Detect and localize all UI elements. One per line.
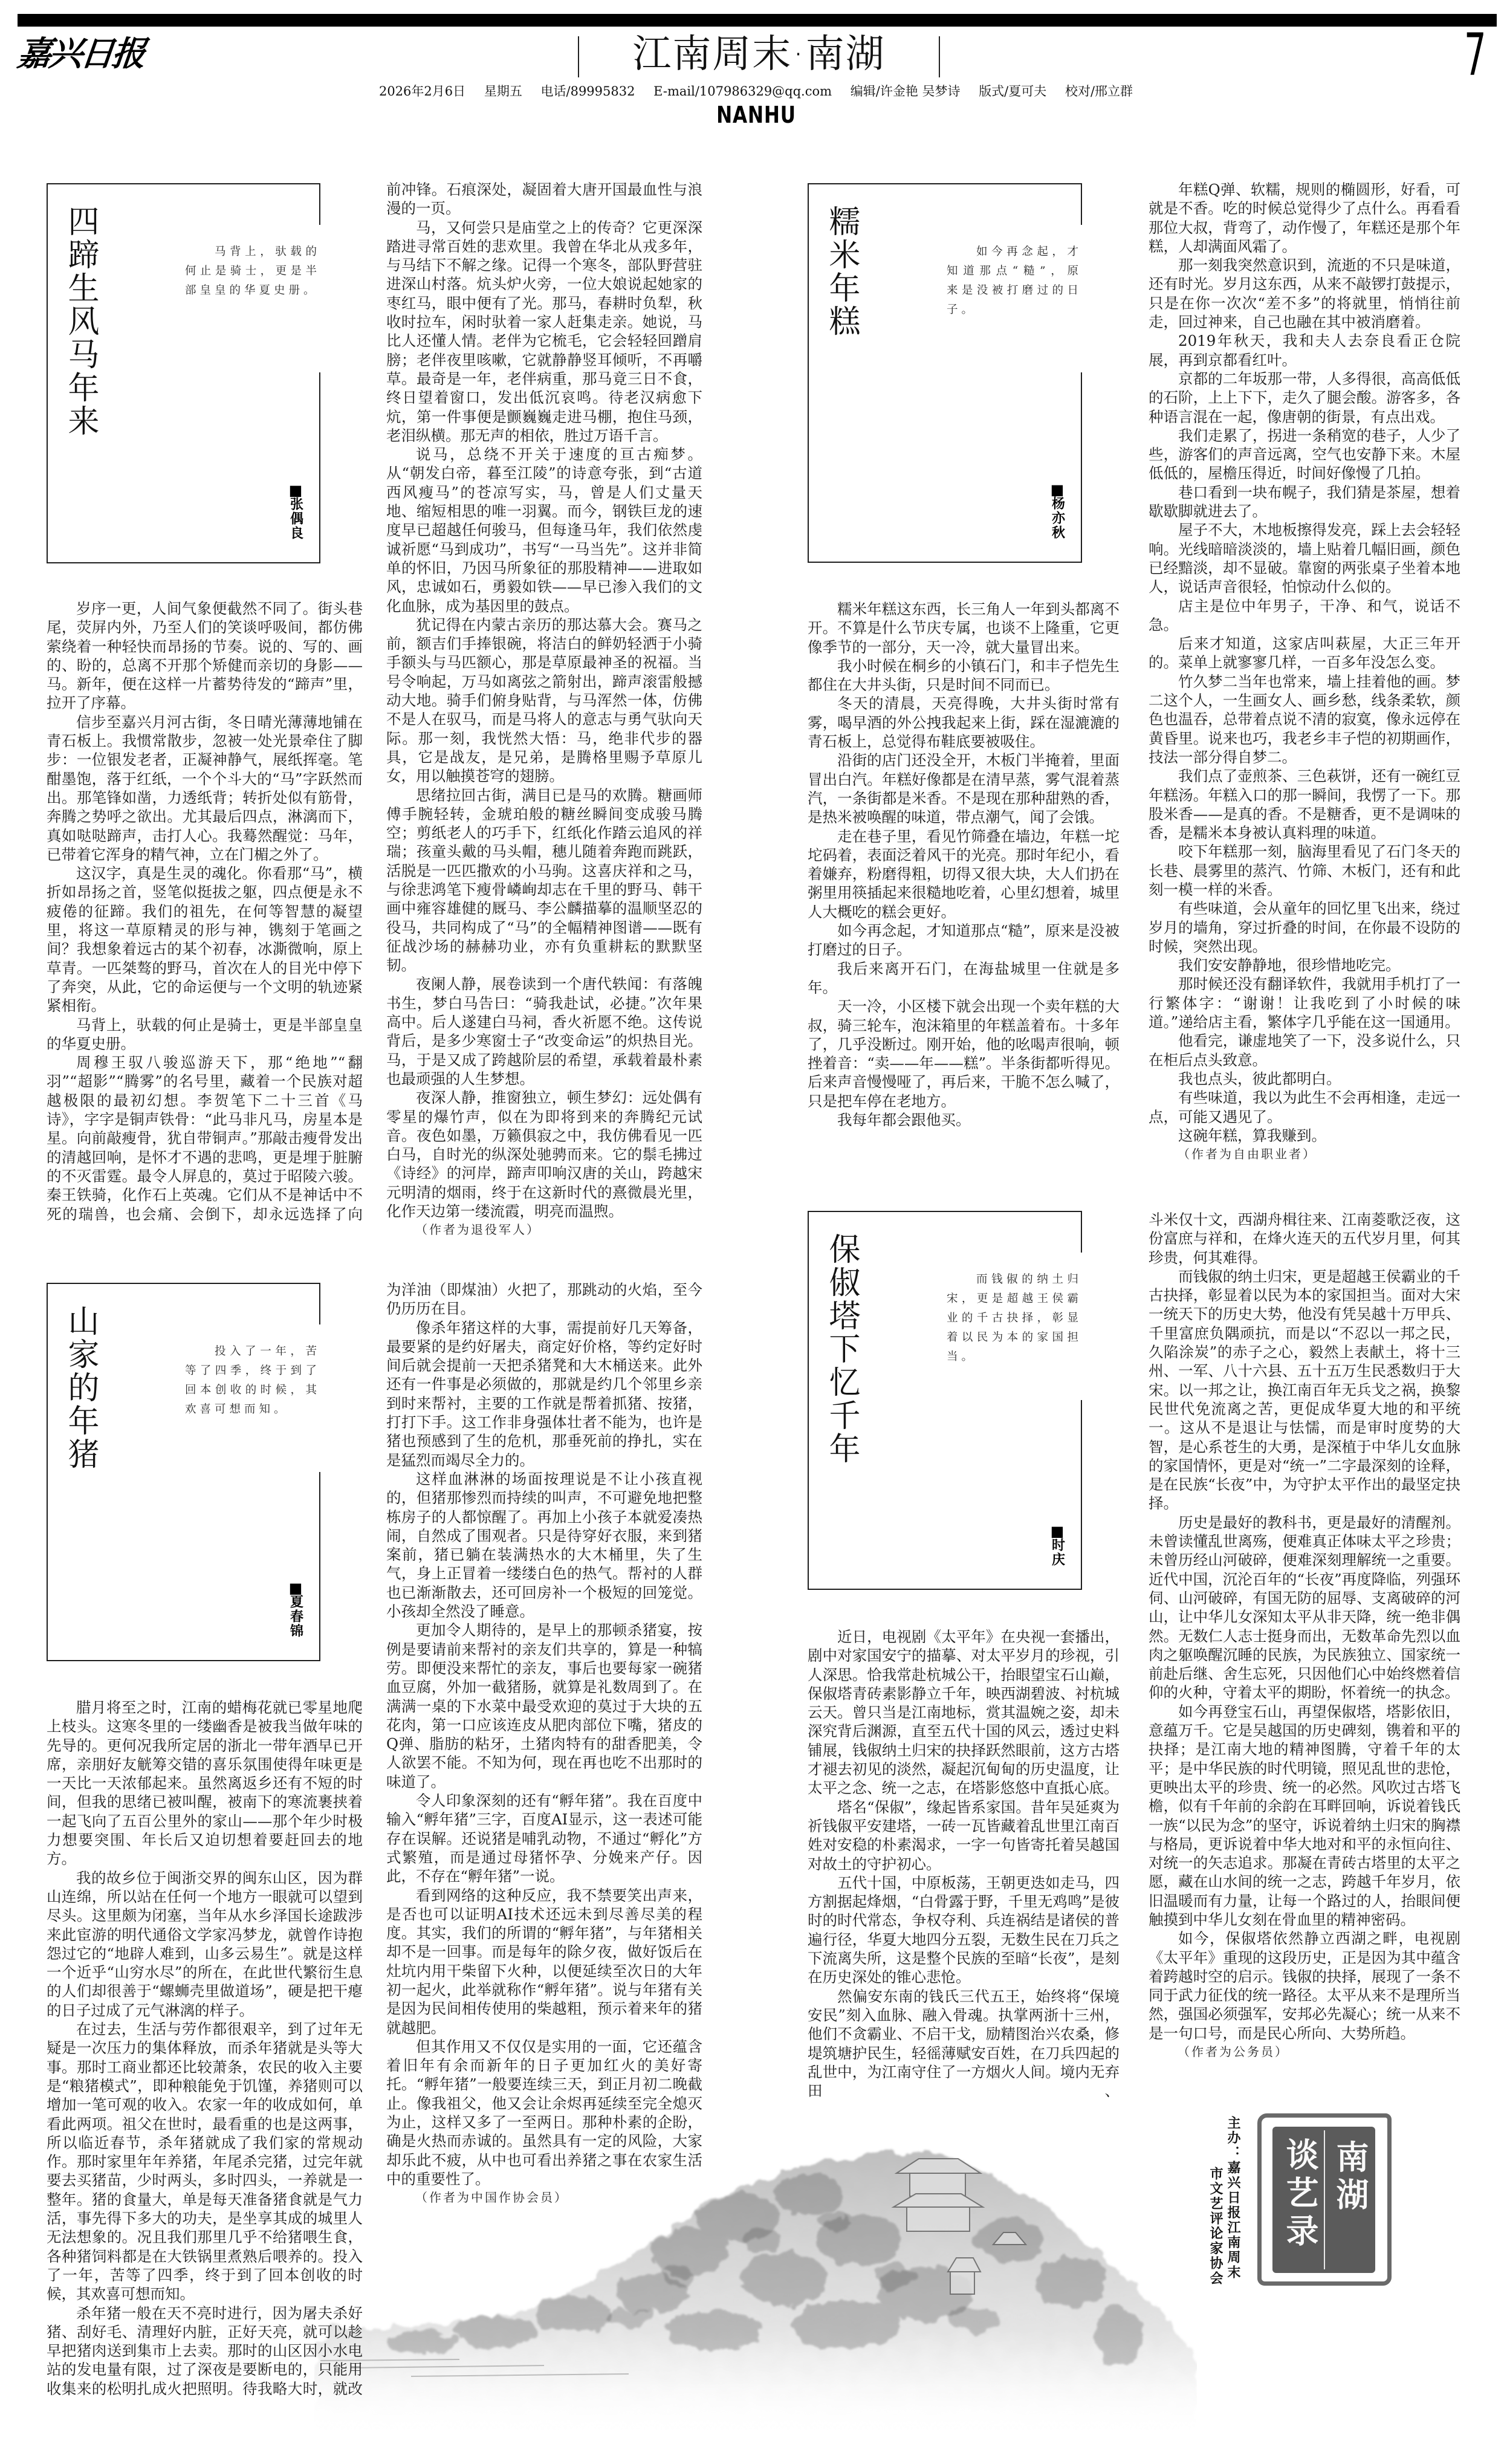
paragraph: 我们点了壶煎茶、三色萩饼，还有一碗红豆年糕汤。年糕入口的那一瞬间，我愣了一下。那… [1149, 767, 1460, 842]
sponsor-org-2: 市文艺评论家协会 [1208, 2167, 1222, 2286]
editors-credit: 编辑/许金艳 吴梦诗 [851, 84, 961, 99]
article-title-box: 四蹄生风马年来 马背上，驮载的何止是骑士，更是半部皇皇的华夏史册。 ■ 张偶良 [47, 183, 320, 563]
article-title: 糯米年糕 [825, 205, 858, 338]
article-title: 山家的年猪 [63, 1305, 97, 1471]
author-note: （作者为自由职业者） [1149, 1145, 1460, 1164]
paragraph: 塔名“保俶”，缘起皆系家国。昔年吴延爽为祈钱俶平安建塔，一砖一瓦皆藏着乱世里江南… [808, 1798, 1120, 1873]
contact-phone: 电话/89995832 [541, 84, 635, 99]
byline: ■ 夏春锦 [288, 1581, 303, 1638]
box-border-segment [319, 372, 320, 563]
sponsor-line-1: 主办：嘉兴日报江南周末 [1225, 2116, 1240, 2280]
paragraph: 历史是最好的教科书，更是最好的清醒剂。未曾读懂乱世离殇，便难真正体味太平之珍贵；… [1149, 1513, 1460, 1702]
paragraph: 我小时候在桐乡的小镇石门，和丰子恺先生都住在大井头街，只是时间不同而已。 [808, 657, 1120, 695]
paragraph: 屋子不大，木地板擦得发亮，踩上去会轻轻响。光线暗暗淡淡的，墙上贴着几幅旧画，颜色… [1149, 520, 1460, 596]
paragraph: 思绪拉回古街，满目已是马的欢腾。糖画师傅手腕轻转，金琥珀般的糖丝瞬间变成骏马腾空… [386, 786, 702, 975]
paragraph: 令人印象深刻的还有“孵年猪”。我在百度中输入“孵年猪”三字，百度AI显示，这一表… [386, 1791, 702, 1885]
article-title-box: 山家的年猪 投入了一年，苦等了四季，终于到了回本创收的时候，其欢喜可想而知。 ■… [47, 1283, 320, 1661]
column-logo-line-1: 南湖 [1332, 2140, 1368, 2215]
paragraph: 杀年猪一般在天不亮时进行，因为屠夫杀好猪、刮好毛、清理好内脏，正好天亮，就可以趁… [47, 2304, 363, 2398]
box-border-segment [319, 183, 320, 225]
box-border-segment [1081, 1400, 1082, 1590]
paragraph: 说马，总绕不开关于速度的亘古痴梦。从“朝发白帝，暮至江陵”的诗意夸张，到“古道西… [386, 445, 702, 615]
sponsor-org-1: 嘉兴日报江南周末 [1225, 2161, 1240, 2280]
article-body-column: 腊月将至之时，江南的蜡梅花就已零星地爬上枝头。这寒冬里的一缕幽香是被我当做年味的… [47, 1698, 363, 2398]
paragraph: 店主是位中年男子，干净、和气，说话不急。 [1149, 597, 1460, 635]
layout-credit: 版式/夏可夫 [979, 84, 1046, 99]
paragraph: 为洋油（即煤油）火把了，那跳动的火焰，至今仍历历在目。 [386, 1280, 702, 1318]
paragraph: 有些味道，我以为此生不会再相逢，走远一点，可能又遇见了。 [1149, 1088, 1460, 1126]
byline: ■ 张偶良 [288, 484, 303, 540]
box-border-segment [1081, 372, 1082, 563]
column-logo-line-2: 谈艺录 [1282, 2138, 1318, 2252]
byline-square-icon: ■ [289, 1581, 303, 1595]
paragraph: 如今再念起，才知道那点“糙”，原来是没被打磨过的日子。 [808, 921, 1120, 959]
paragraph: 马，又何尝只是庙堂之上的传奇？它更深深踏进寻常百姓的悲欢里。我曾在华北从戎多年，… [386, 218, 702, 446]
paragraph: 巷口看到一块布幌子，我们猜是茶屋，想着歇歇脚就进去了。 [1149, 483, 1460, 521]
paragraph: 我每年都会跟他买。 [808, 1110, 1120, 1129]
paragraph: 夜阑人静，展卷读到一个唐代轶闻：有落魄书生，梦白马告曰：“骑我赴试，必捷。”次年… [386, 974, 702, 1088]
paragraph: 天一冷，小区楼下就会出现一个卖年糕的大叔，骑三轮车，泡沫箱里的年糕盖着布。十多年… [808, 997, 1120, 1110]
paragraph: 那一刻我突然意识到，流逝的不只是味道，还有时光。岁月这东西，从来不敲锣打鼓提示，… [1149, 256, 1460, 331]
paragraph: 咬下年糕那一刻，脑海里看见了石门冬天的长巷、晨雾里的蒸汽、竹筛、木板门，还有和此… [1149, 842, 1460, 899]
seal-divider [1324, 2130, 1325, 2269]
paragraph: 而钱俶的纳土归宋，更是超越王侯霸业的千古抉择，彰显着以民为本的家国担当。面对大宋… [1149, 1267, 1460, 1513]
paragraph: 岁序一更，人间气象便截然不同了。街头巷尾，荧屏内外，乃至人们的笑谈呼吸间，都仿佛… [47, 599, 363, 713]
byline-square-icon: ■ [1051, 483, 1065, 496]
box-border-segment [319, 1472, 320, 1661]
paragraph: 马背上，驮载的何止是骑士，更是半部皇皇的华夏史册。 [47, 1016, 363, 1054]
article-body-column: 年糕Q弹、软糯，规则的椭圆形，好看，可就是不香。吃的时候总觉得少了点什么。再看看… [1149, 180, 1460, 1164]
title-divider-right [939, 36, 940, 77]
paragraph: 那时候还没有翻译软件，我就用手机打了一行繁体字：“谢谢！让我吃到了小时候的味道。… [1149, 974, 1460, 1031]
paragraph: 年糕Q弹、软糯，规则的椭圆形，好看，可就是不香。吃的时候总觉得少了点什么。再看看… [1149, 180, 1460, 256]
paragraph: 我的故乡位于闽浙交界的闽东山区，因为群山连绵，所以站在任何一个地方一眼就可以望到… [47, 1869, 363, 2020]
paragraph: 看到网络的这种反应，我不禁要笑出声来，是否也可以证明AI技术还远未到尽善尽美的程… [386, 1886, 702, 2037]
byline: ■ 时庆 [1050, 1525, 1065, 1567]
issue-weekday: 星期五 [484, 84, 522, 99]
article-body-column: 斗米仅十文，西湖舟楫往来、江南菱歌泛夜，这份富庶与祥和，在烽火连天的五代岁月里，… [1149, 1210, 1460, 2061]
article-body-column: 前冲锋。石痕深处，凝固着大唐开国最血性与浪漫的一页。 马，又何尝只是庙堂之上的传… [386, 180, 702, 1240]
paragraph: 像杀年猪这样的大事，需提前好几天筹备，最要紧的是约好屠夫，商定好价格，等约定好时… [386, 1318, 702, 1470]
section-pinyin: NANHU [716, 103, 797, 127]
proofreader-credit: 校对/邢立群 [1065, 84, 1133, 99]
byline-square-icon: ■ [289, 484, 303, 497]
paragraph: 冬天的清晨，天亮得晚，大井头街时常有雾，喝早酒的外公拽我起来上街，踩在湿漉漉的青… [808, 694, 1120, 751]
author-name: 时庆 [1048, 1538, 1067, 1567]
top-black-rule [18, 14, 1497, 27]
issue-info-line: 2026年2月6日 星期五 电话/89995832 E-mail/1079863… [2, 83, 1507, 99]
article-title: 四蹄生风马年来 [63, 205, 97, 438]
author-note: （作者为中国作协会员） [386, 2188, 702, 2207]
author-name: 张偶良 [287, 497, 305, 540]
sponsor-label: 主办： [1225, 2116, 1240, 2161]
newspaper-page: 嘉兴日报 江南周末·南湖 7 2026年2月6日 星期五 电话/89995832… [0, 0, 1507, 2464]
article-body-column: 近日，电视剧《太平年》在央视一套播出，剧中对家国安宁的描摹、对太平岁月的珍视，引… [808, 1627, 1120, 2100]
article-subtitle: 如今再念起，才知道那点“糙”，原来是没被打磨过的日子。 [947, 242, 1082, 320]
paragraph: 这样血淋淋的场面按理说是不让小孩直视的，但猪那惨烈而持续的叫声，不可避免地把整栋… [386, 1470, 702, 1621]
issue-date: 2026年2月6日 [379, 84, 465, 99]
paragraph: 夜深人静，推窗独立，顿生梦幻：远处偶有零星的爆竹声，似在为即将到来的奔腾纪元试音… [386, 1088, 702, 1221]
article-subtitle: 马背上，驮载的何止是骑士，更是半部皇皇的华夏史册。 [185, 242, 320, 300]
box-border-segment [1081, 183, 1082, 225]
section-title: 江南周末·南湖 [579, 33, 939, 76]
paragraph: 周穆王驭八骏巡游天下，那“绝地”“翻羽”“超影”“腾雾”的名号里，藏着一个民族对… [47, 1053, 363, 1224]
byline: ■ 杨亦秋 [1050, 483, 1065, 540]
article-body-column: 岁序一更，人间气象便截然不同了。街头巷尾，荧屏内外，乃至人们的笑谈呼吸间，都仿佛… [47, 599, 363, 1224]
author-note: （作者为退役军人） [386, 1221, 702, 1239]
author-note: （作者为公务员） [1149, 2043, 1460, 2061]
paragraph: 竹久梦二当年也常来，墙上挂着他的画。梦二这个人，一生画女人、画乡愁，线条柔软，颜… [1149, 672, 1460, 767]
paragraph: 沿街的店门还没全开，木板门半掩着，里面冒出白汽。年糕好像都是在清早蒸，雾气混着蒸… [808, 751, 1120, 826]
article-body-column: 为洋油（即煤油）火把了，那跳动的火焰，至今仍历历在目。 像杀年猪这样的大事，需提… [386, 1280, 702, 2208]
page-number: 7 [1464, 28, 1486, 82]
article-title-box: 保俶塔下忆千年 而钱俶的纳土归宋，更是超越王侯霸业的千古抉择，彰显着以民为本的家… [808, 1211, 1082, 1590]
article-subtitle: 投入了一年，苦等了四季，终于到了回本创收的时候，其欢喜可想而知。 [185, 1342, 320, 1419]
article-title-box: 糯米年糕 如今再念起，才知道那点“糙”，原来是没被打磨过的日子。 ■ 杨亦秋 [808, 183, 1082, 563]
masthead-logo: 嘉兴日报 [15, 30, 146, 77]
paragraph: 然偏安东南的钱氏三代五王，始终将“保境安民”刻入血脉、融入骨魂。执掌两浙十三州，… [808, 1987, 1120, 2101]
box-border-segment [319, 1283, 320, 1324]
paragraph: 这碗年糕，算我赚到。 [1149, 1126, 1460, 1145]
byline-square-icon: ■ [1051, 1525, 1065, 1538]
box-border-segment [1081, 1211, 1082, 1253]
paragraph: 京都的二年坂那一带，人多得很，高高低低的石阶，上上下下，走久了腿会酸。游客多，各… [1149, 369, 1460, 426]
paragraph: 糯米年糕这东西，长三角人一年到头都离不开。不算是什么节庆专属，也谈不上隆重，它更… [808, 600, 1120, 657]
paragraph: 有些味道，会从童年的回忆里飞出来，绕过岁月的墙角，穿过折叠的时间，在你最不设防的… [1149, 899, 1460, 956]
article-title: 保俶塔下忆千年 [825, 1233, 858, 1465]
paragraph: 在过去，生活与劳作都很艰辛，到了过年无疑是一次压力的集体释放，而杀年猪就是头等大… [47, 2020, 363, 2303]
paragraph: 前冲锋。石痕深处，凝固着大唐开国最血性与浪漫的一页。 [386, 180, 702, 218]
paragraph: 斗米仅十文，西湖舟楫往来、江南菱歌泛夜，这份富庶与祥和，在烽火连天的五代岁月里，… [1149, 1210, 1460, 1267]
author-name: 夏春锦 [287, 1595, 305, 1638]
paragraph: 信步至嘉兴月河古街，冬日晴光薄薄地铺在青石板上。我惯常散步，忽被一处光景牵住了脚… [47, 713, 363, 864]
paragraph: 近日，电视剧《太平年》在央视一套播出，剧中对家国安宁的描摹、对太平岁月的珍视，引… [808, 1627, 1120, 1798]
paragraph: 腊月将至之时，江南的蜡梅花就已零星地爬上枝头。这寒冬里的一缕幽香是被我当做年味的… [47, 1698, 363, 1869]
paragraph: 五代十国，中原板荡，王朝更迭如走马，四方割据起烽烟，“白骨露于野，千里无鸡鸣”是… [808, 1873, 1120, 1987]
paragraph: 2019年秋天，我和夫人去奈良看正仓院展，再到京都看红叶。 [1149, 331, 1460, 369]
paragraph: 更加令人期待的，是早上的那顿杀猪宴，按例是要请前来帮衬的亲友们共享的，算是一种犒… [386, 1621, 702, 1791]
paragraph: 我也点头，彼此都明白。 [1149, 1069, 1460, 1088]
paragraph: 走在巷子里，看见竹筛叠在墙边，年糕一坨坨码着，表面泛着风干的光亮。那时年纪小，看… [808, 827, 1120, 921]
paragraph: 如今，保俶塔依然静立西湖之畔，电视剧《太平年》重现的这段历史，正是因为其中蕴含着… [1149, 1929, 1460, 2043]
paragraph: 犹记得在内蒙古亲历的那达慕大会。赛马之前，额吉们手捧银碗，将洁白的鲜奶轻洒于小骑… [386, 615, 702, 786]
paragraph: 如今再登宝石山，再望保俶塔，塔影依旧，意蕴万千。它是吴越国的历史碑刻，镌着和平的… [1149, 1702, 1460, 1930]
paragraph: 后来才知道，这家店叫萩屋，大正三年开的。菜单上就寥寥几样，一百多年没怎么变。 [1149, 634, 1460, 672]
article-subtitle: 而钱俶的纳土归宋，更是超越王侯霸业的千古抉择，彰显着以民为本的家国担当。 [947, 1270, 1082, 1367]
paragraph: 我们安安静静地，很珍惜地吃完。 [1149, 956, 1460, 974]
paragraph: 但其作用又不仅仅是实用的一面，它还蕴含着旧年有余而新年的日子更加红火的美好寄托。… [386, 2037, 702, 2188]
paragraph: 这汉字，真是生灵的魂化。你看那“马”，横折如昂扬之首，竖笔似挺拔之躯，四点便是永… [47, 864, 363, 1015]
paragraph: 我们走累了，拐进一条稍宽的巷子，人少了些，游客们的声音远离，空气也安静下来。木屋… [1149, 426, 1460, 483]
author-name: 杨亦秋 [1048, 496, 1067, 540]
contact-email: E-mail/107986329@qq.com [653, 84, 832, 99]
article-body-column: 糯米年糕这东西，长三角人一年到头都离不开。不算是什么节庆专属，也谈不上隆重，它更… [808, 600, 1120, 1129]
paragraph: 我后来离开石门，在海盐城里一住就是多年。 [808, 959, 1120, 997]
paragraph: 他看完，谦虚地笑了一下，没多说什么，只在柜后点头致意。 [1149, 1031, 1460, 1069]
